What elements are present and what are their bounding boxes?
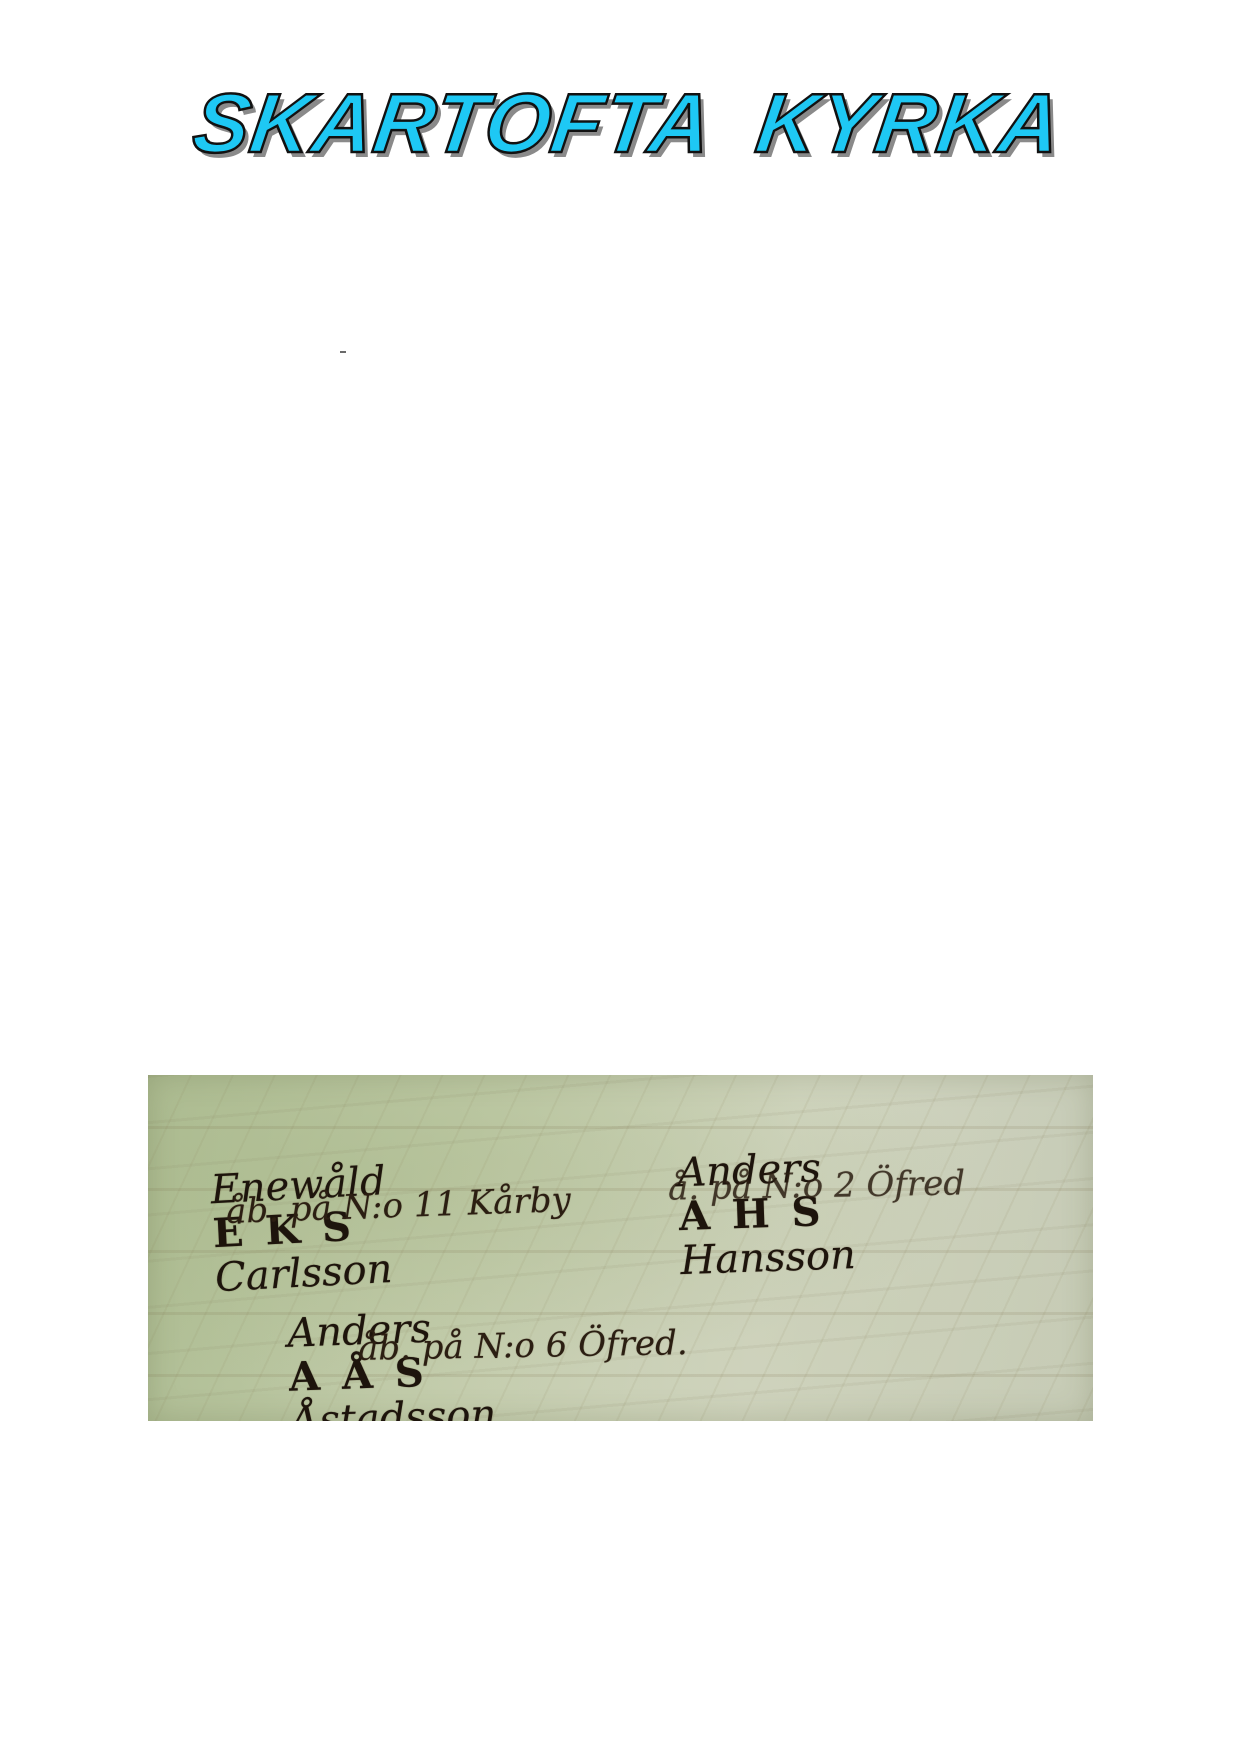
signature-2-surname: Hansson: [680, 1232, 857, 1284]
signature-2-place: å. på N:o 2 Öfred: [668, 1164, 966, 1207]
signature-3-place: åb. på N:o 6 Öfred.: [358, 1324, 688, 1368]
page-title: SKARTOFTA KYRKA: [188, 78, 1081, 168]
stray-dash-mark: [340, 351, 346, 353]
manuscript-image: Enewåld E K S Carlsson åb. på N:o 11 Kår…: [148, 1075, 1093, 1421]
signature-2-name: Anders A H S Hansson: [624, 1101, 858, 1329]
